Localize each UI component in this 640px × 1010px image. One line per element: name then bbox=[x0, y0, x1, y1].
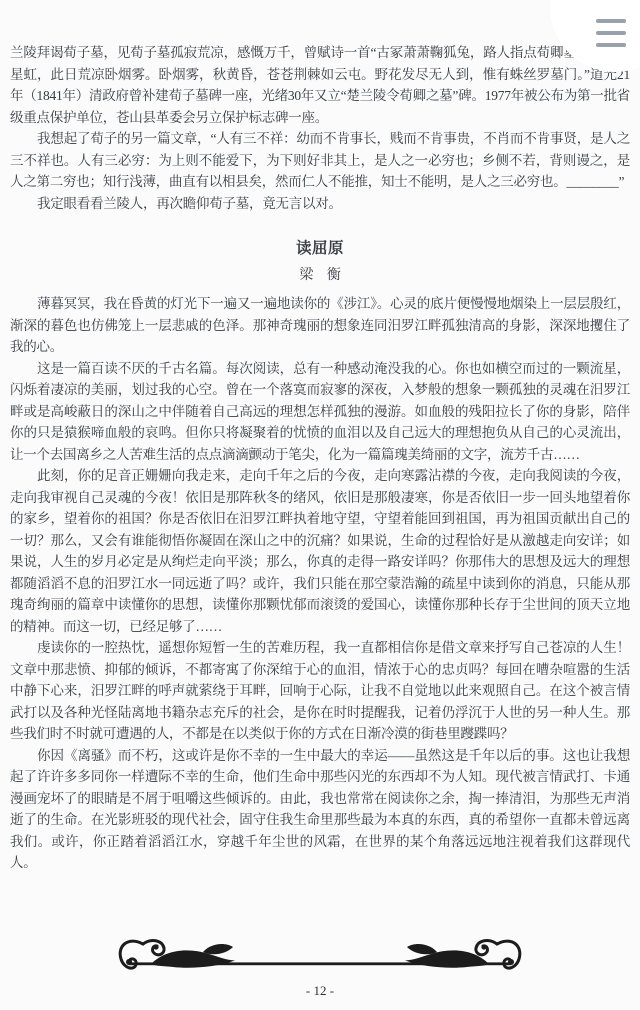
paragraph: 这是一篇百读不厌的千古名篇。每次阅读，总有一种感动淹没我的心。你也如横空而过的一… bbox=[10, 358, 630, 466]
paragraph: 我定眼看看兰陵人，再次瞻仰荀子墓，竟无言以对。 bbox=[10, 193, 630, 215]
hamburger-icon bbox=[596, 43, 626, 47]
menu-button[interactable] bbox=[596, 19, 628, 47]
reader-page: 兰陵拜谒荀子墓，见荀子墓孤寂荒凉，感慨万千，曾赋诗一首“古冢萧萧鞠狐兔，路人指点… bbox=[0, 0, 640, 1010]
paragraph: 我想起了荀子的另一篇文章，“人有三不祥：幼而不肯事长，贱而不肯事贵，不肖而不肯事… bbox=[10, 128, 630, 193]
hamburger-icon bbox=[596, 19, 626, 23]
document-content: 兰陵拜谒荀子墓，见荀子墓孤寂荒凉，感慨万千，曾赋诗一首“古冢萧萧鞠狐兔，路人指点… bbox=[0, 0, 640, 874]
article-title: 读屈原 bbox=[10, 238, 630, 260]
page-number: - 12 - bbox=[0, 983, 640, 999]
article-author: 梁 衡 bbox=[10, 265, 630, 287]
paragraph: 此刻，你的足音正姗姗向我走来，走向千年之后的今夜，走向寒露沾襟的今夜，走向我阅读… bbox=[10, 465, 630, 637]
ornament-divider bbox=[0, 934, 640, 980]
hamburger-icon bbox=[596, 31, 626, 35]
paragraph: 兰陵拜谒荀子墓，见荀子墓孤寂荒凉，感慨万千，曾赋诗一首“古冢萧萧鞠狐兔，路人指点… bbox=[10, 42, 630, 128]
paragraph: 薄暮冥冥，我在昏黄的灯光下一遍又一遍地读你的《涉江》。心灵的底片便慢慢地烟染上一… bbox=[10, 293, 630, 358]
paragraph: 你因《离骚》而不朽，这或许是你不幸的一生中最大的幸运——虽然这是千年以后的事。这… bbox=[10, 745, 630, 874]
paragraph: 虔读你的一腔热忱，遥想你短暂一生的苦难历程，我一直都相信你是借文章来抒写自己苍凉… bbox=[10, 637, 630, 745]
